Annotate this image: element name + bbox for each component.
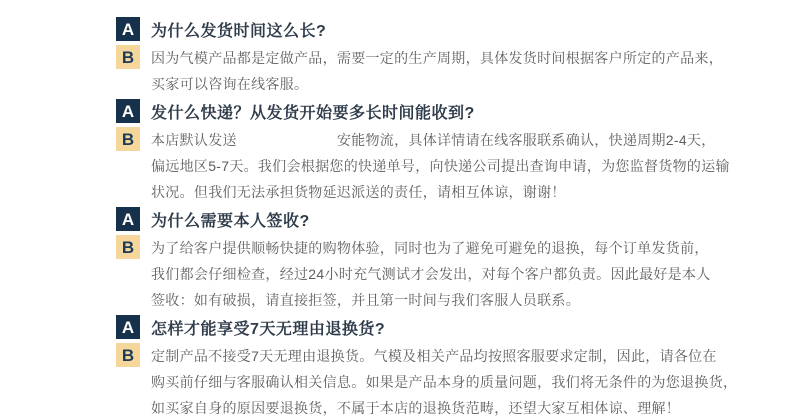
question-text: 怎样才能享受7天无理由退换货? [151, 316, 385, 339]
question-text: 为什么发货时间这么长? [151, 18, 326, 41]
faq-item-courier: A 发什么快递？从发货开始要多长时间能收到? B 本店默认发送 安能物流，具体详… [116, 99, 790, 205]
answer-badge-icon: B [116, 45, 140, 69]
question-text: 发什么快递？从发货开始要多长时间能收到? [151, 100, 475, 123]
faq-item-return-policy: A 怎样才能享受7天无理由退换货? B 定制产品不接受7天无理由退换货。气模及相… [116, 315, 790, 419]
faq-item-signature: A 为什么需要本人签收? B 为了给客户提供顺畅快捷的购物体验，同时也为了避免可… [116, 207, 790, 313]
answer-text: 为了给客户提供顺畅快捷的购物体验，同时也为了避免可避免的退换，每个订单发货前， … [151, 235, 783, 313]
question-badge-icon: A [116, 315, 140, 339]
answer-row: B 定制产品不接受7天无理由退换货。气模及相关产品均按照客服要求定制，因此，请各… [116, 343, 790, 419]
answer-row: B 因为气模产品都是定做产品，需要一定的生产周期，具体发货时间根据客户所定的产品… [116, 45, 790, 97]
answer-badge-icon: B [116, 127, 140, 151]
answer-badge-icon: B [116, 235, 140, 259]
answer-row: B 为了给客户提供顺畅快捷的购物体验，同时也为了避免可避免的退换，每个订单发货前… [116, 235, 790, 313]
question-badge-icon: A [116, 99, 140, 123]
question-row: A 为什么需要本人签收? [116, 207, 790, 231]
question-badge-icon: A [116, 207, 140, 231]
question-row: A 为什么发货时间这么长? [116, 17, 790, 41]
question-row: A 发什么快递？从发货开始要多长时间能收到? [116, 99, 790, 123]
question-row: A 怎样才能享受7天无理由退换货? [116, 315, 790, 339]
answer-text: 本店默认发送 安能物流，具体详情请在线客服联系确认，快递周期2-4天， 偏远地区… [151, 127, 783, 205]
answer-badge-icon: B [116, 343, 140, 367]
faq-section: A 为什么发货时间这么长? B 因为气模产品都是定做产品，需要一定的生产周期，具… [0, 0, 790, 419]
faq-item-shipping-time: A 为什么发货时间这么长? B 因为气模产品都是定做产品，需要一定的生产周期，具… [116, 17, 790, 97]
question-badge-icon: A [116, 17, 140, 41]
answer-row: B 本店默认发送 安能物流，具体详情请在线客服联系确认，快递周期2-4天， 偏远… [116, 127, 790, 205]
question-text: 为什么需要本人签收? [151, 208, 310, 231]
answer-text: 定制产品不接受7天无理由退换货。气模及相关产品均按照客服要求定制，因此，请各位在… [151, 343, 783, 419]
answer-text: 因为气模产品都是定做产品，需要一定的生产周期，具体发货时间根据客户所定的产品来，… [151, 45, 783, 97]
